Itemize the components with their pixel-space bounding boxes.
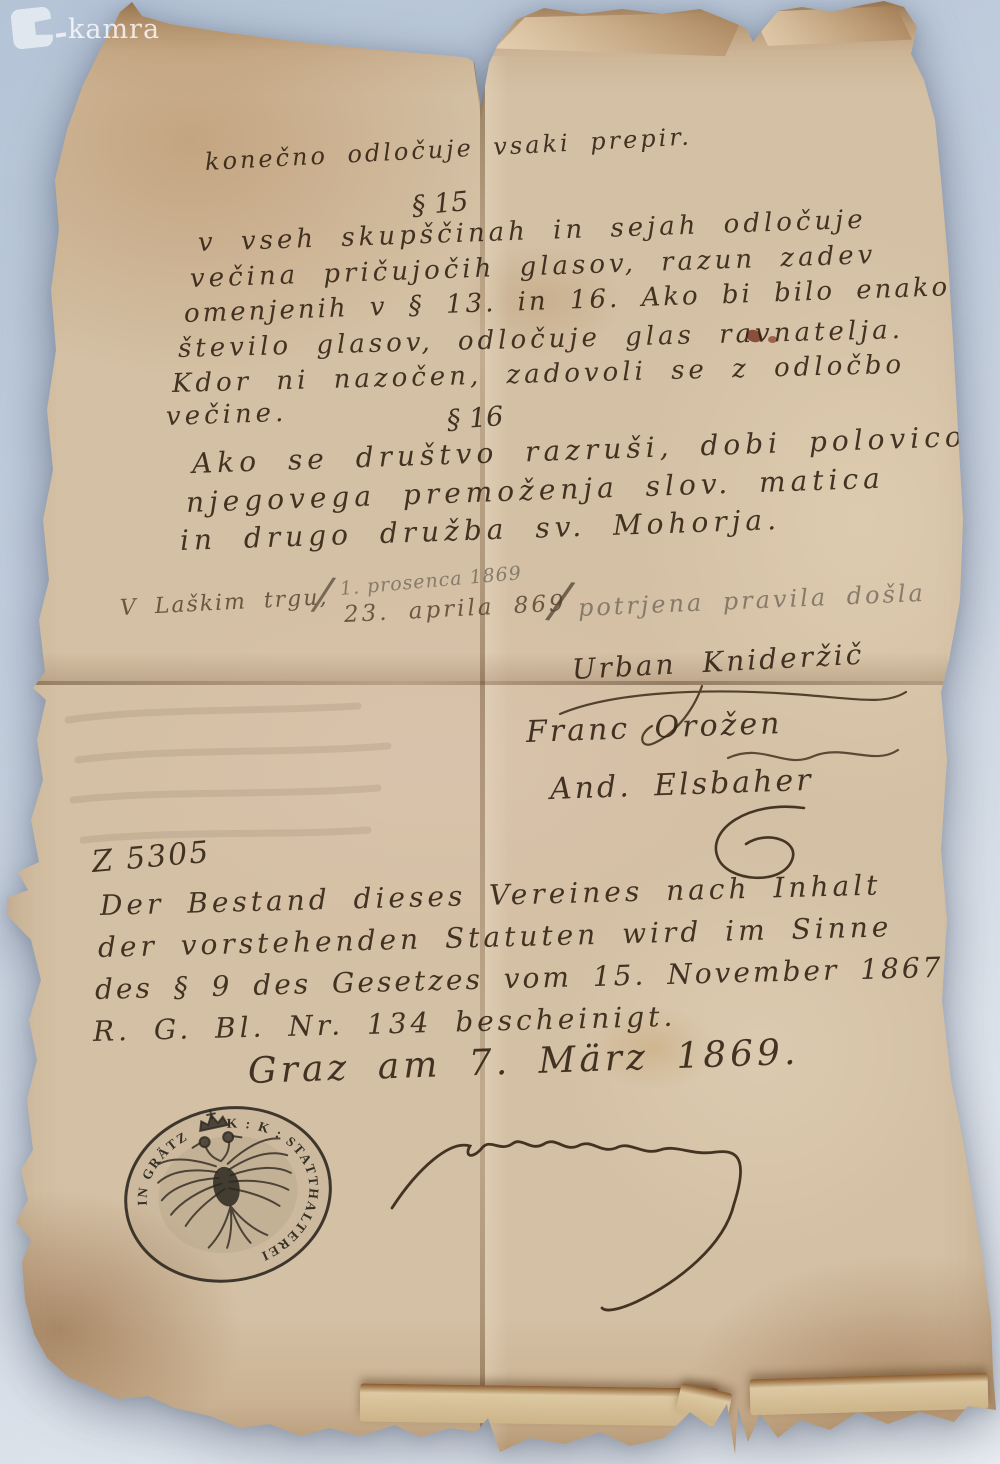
file-number: Z 5305 — [91, 838, 212, 878]
section-15-heading: § 15 — [411, 188, 470, 220]
kamra-watermark: kamra — [12, 8, 160, 48]
old-paper-sheet: konečno odločuje vsaki prepir. § 15 v vs… — [0, 0, 1000, 1464]
top-folded-flap-right — [752, 6, 912, 48]
paper-shadow: konečno odločuje vsaki prepir. § 15 v vs… — [0, 0, 1000, 1464]
document-photo: konečno odločuje vsaki prepir. § 15 v vs… — [0, 0, 1000, 1464]
dateline-slash: / — [314, 572, 333, 617]
certification-line: des § 9 des Gesetzes vom 15. November 18… — [95, 954, 944, 1004]
bottom-torn-strip-left — [360, 1384, 718, 1427]
pencil-approval-note: potrjena pravila došla — [577, 581, 926, 620]
certification-dateline: Graz am 7. März 1869. — [247, 1035, 800, 1090]
section-16-heading: § 16 — [446, 403, 504, 434]
ink-date: 23. aprila 869 — [343, 592, 567, 627]
kamra-logo-icon — [10, 6, 54, 50]
manuscript-line: večine. — [166, 400, 288, 430]
statthalterei-stamp: IN GRÄTZ K : K : STATTHALTEREI — [92, 1071, 368, 1317]
kamra-logo-dash-icon — [56, 32, 66, 37]
dateline-place: V Laškim trgu, — [119, 587, 329, 620]
official-signature-flourish — [378, 1096, 758, 1336]
manuscript-intro-line: konečno odločuje vsaki prepir. — [204, 125, 692, 174]
kamra-logo-text: kamra — [68, 14, 160, 45]
top-folded-flap — [495, 12, 745, 64]
bottom-torn-strip-right — [750, 1373, 989, 1416]
dateline-slash: / — [549, 574, 573, 626]
